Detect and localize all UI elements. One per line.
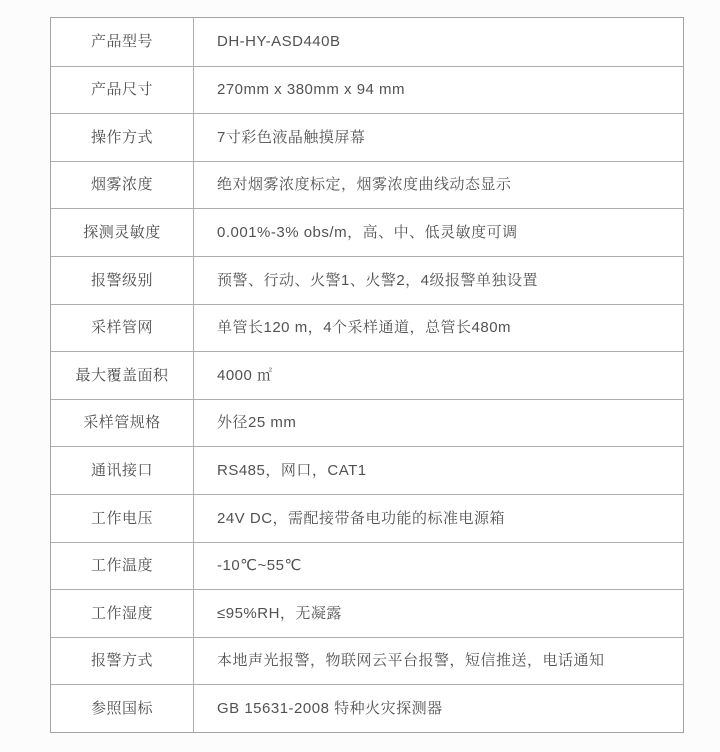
spec-label: 参照国标 bbox=[51, 685, 194, 732]
product-spec-table: 产品型号 DH-HY-ASD440B 产品尺寸 270mm x 380mm x … bbox=[50, 17, 684, 733]
spec-value: 绝对烟雾浓度标定，烟雾浓度曲线动态显示 bbox=[194, 162, 683, 209]
table-row: 产品型号 DH-HY-ASD440B bbox=[51, 18, 683, 66]
spec-label: 产品型号 bbox=[51, 18, 194, 66]
spec-value: 24V DC，需配接带备电功能的标准电源箱 bbox=[194, 495, 683, 542]
spec-value: 外径25 mm bbox=[194, 400, 683, 447]
table-row: 操作方式 7寸彩色液晶触摸屏幕 bbox=[51, 113, 683, 161]
table-row: 通讯接口 RS485，网口，CAT1 bbox=[51, 446, 683, 494]
spec-label: 通讯接口 bbox=[51, 447, 194, 494]
table-row: 采样管网 单管长120 m，4个采样通道，总管长480m bbox=[51, 304, 683, 352]
spec-label: 工作湿度 bbox=[51, 590, 194, 637]
table-row: 工作湿度 ≤95%RH，无凝露 bbox=[51, 589, 683, 637]
table-row: 最大覆盖面积 4000 ㎡ bbox=[51, 351, 683, 399]
spec-value: DH-HY-ASD440B bbox=[194, 18, 683, 66]
spec-value: -10℃~55℃ bbox=[194, 543, 683, 590]
table-row: 工作电压 24V DC，需配接带备电功能的标准电源箱 bbox=[51, 494, 683, 542]
table-row: 探测灵敏度 0.001%-3% obs/m，高、中、低灵敏度可调 bbox=[51, 208, 683, 256]
spec-value: 本地声光报警，物联网云平台报警，短信推送，电话通知 bbox=[194, 638, 683, 685]
spec-value: 0.001%-3% obs/m，高、中、低灵敏度可调 bbox=[194, 209, 683, 256]
spec-label: 探测灵敏度 bbox=[51, 209, 194, 256]
spec-value: ≤95%RH，无凝露 bbox=[194, 590, 683, 637]
spec-value: 270mm x 380mm x 94 mm bbox=[194, 67, 683, 114]
spec-value: 7寸彩色液晶触摸屏幕 bbox=[194, 114, 683, 161]
table-row: 参照国标 GB 15631-2008 特种火灾探测器 bbox=[51, 684, 683, 732]
table-row: 工作温度 -10℃~55℃ bbox=[51, 542, 683, 590]
table-row: 报警方式 本地声光报警，物联网云平台报警，短信推送，电话通知 bbox=[51, 637, 683, 685]
spec-label: 采样管网 bbox=[51, 305, 194, 352]
spec-label: 采样管规格 bbox=[51, 400, 194, 447]
table-row: 报警级别 预警、行动、火警1、火警2，4级报警单独设置 bbox=[51, 256, 683, 304]
spec-label: 最大覆盖面积 bbox=[51, 352, 194, 399]
spec-label: 报警级别 bbox=[51, 257, 194, 304]
spec-value: 单管长120 m，4个采样通道，总管长480m bbox=[194, 305, 683, 352]
table-row: 产品尺寸 270mm x 380mm x 94 mm bbox=[51, 66, 683, 114]
spec-value: 预警、行动、火警1、火警2，4级报警单独设置 bbox=[194, 257, 683, 304]
spec-value: GB 15631-2008 特种火灾探测器 bbox=[194, 685, 683, 732]
spec-label: 操作方式 bbox=[51, 114, 194, 161]
spec-label: 工作电压 bbox=[51, 495, 194, 542]
spec-label: 烟雾浓度 bbox=[51, 162, 194, 209]
spec-label: 工作温度 bbox=[51, 543, 194, 590]
spec-label: 报警方式 bbox=[51, 638, 194, 685]
spec-value: RS485，网口，CAT1 bbox=[194, 447, 683, 494]
spec-value: 4000 ㎡ bbox=[194, 352, 683, 399]
table-row: 烟雾浓度 绝对烟雾浓度标定，烟雾浓度曲线动态显示 bbox=[51, 161, 683, 209]
spec-label: 产品尺寸 bbox=[51, 67, 194, 114]
table-row: 采样管规格 外径25 mm bbox=[51, 399, 683, 447]
